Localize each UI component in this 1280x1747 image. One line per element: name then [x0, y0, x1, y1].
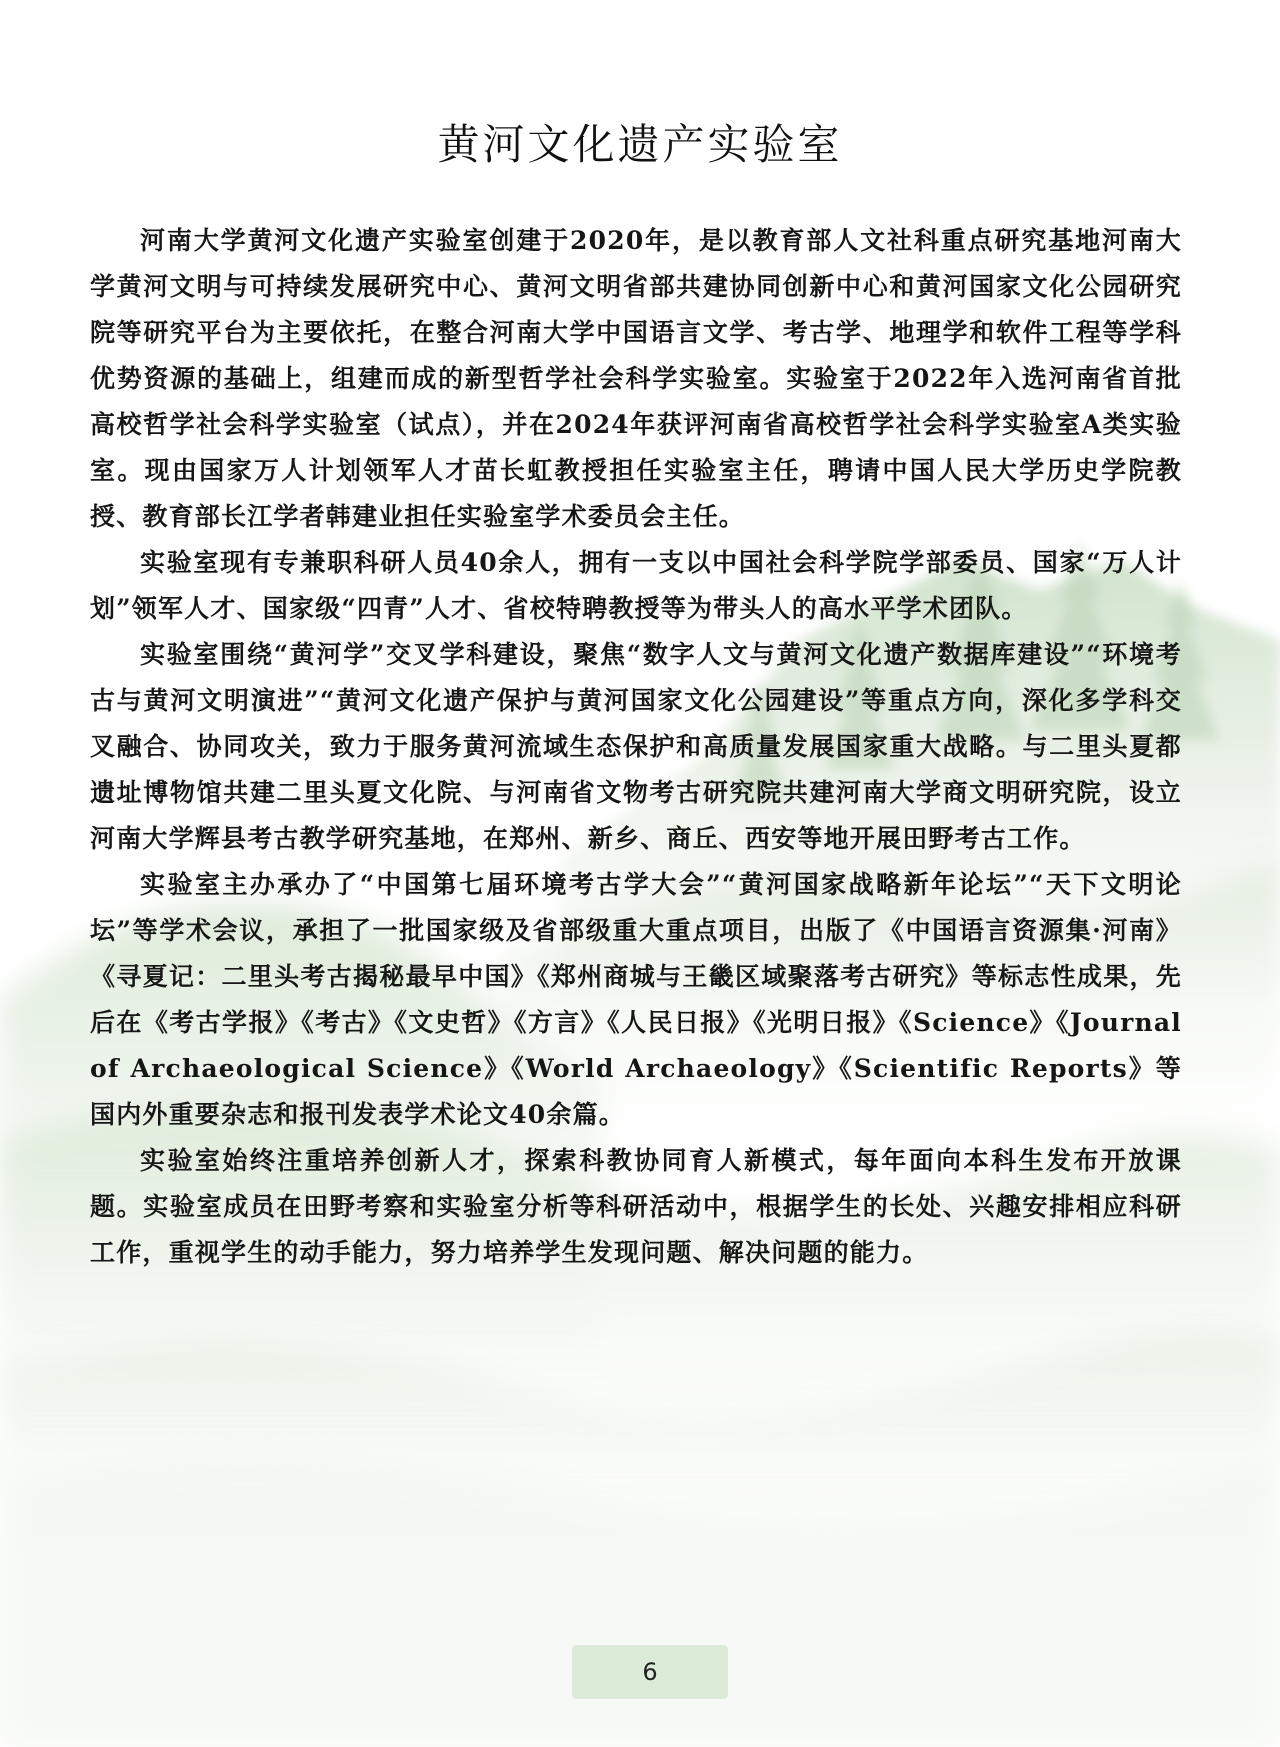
- paragraph-achievements: 实验室主办承办了“中国第七届环境考古学大会”“黄河国家战略新年论坛”“天下文明论…: [90, 862, 1182, 1138]
- page-number-tab: 6: [572, 1645, 728, 1699]
- page-title: 黄河文化遗产实验室: [0, 112, 1280, 172]
- paragraph-research-directions: 实验室围绕“黄河学”交叉学科建设，聚焦“数字人文与黄河文化遗产数据库建设”“环境…: [90, 632, 1182, 862]
- paragraph-intro: 河南大学黄河文化遗产实验室创建于2020年，是以教育部人文社科重点研究基地河南大…: [90, 218, 1182, 540]
- body-content: 河南大学黄河文化遗产实验室创建于2020年，是以教育部人文社科重点研究基地河南大…: [90, 218, 1182, 1276]
- paragraph-team: 实验室现有专兼职科研人员40余人，拥有一支以中国社会科学院学部委员、国家“万人计…: [90, 540, 1182, 632]
- paragraph-talent-training: 实验室始终注重培养创新人才，探索科教协同育人新模式，每年面向本科生发布开放课题。…: [90, 1138, 1182, 1276]
- page-number: 6: [642, 1658, 657, 1686]
- document-page: 黄河文化遗产实验室 河南大学黄河文化遗产实验室创建于2020年，是以教育部人文社…: [0, 0, 1280, 1747]
